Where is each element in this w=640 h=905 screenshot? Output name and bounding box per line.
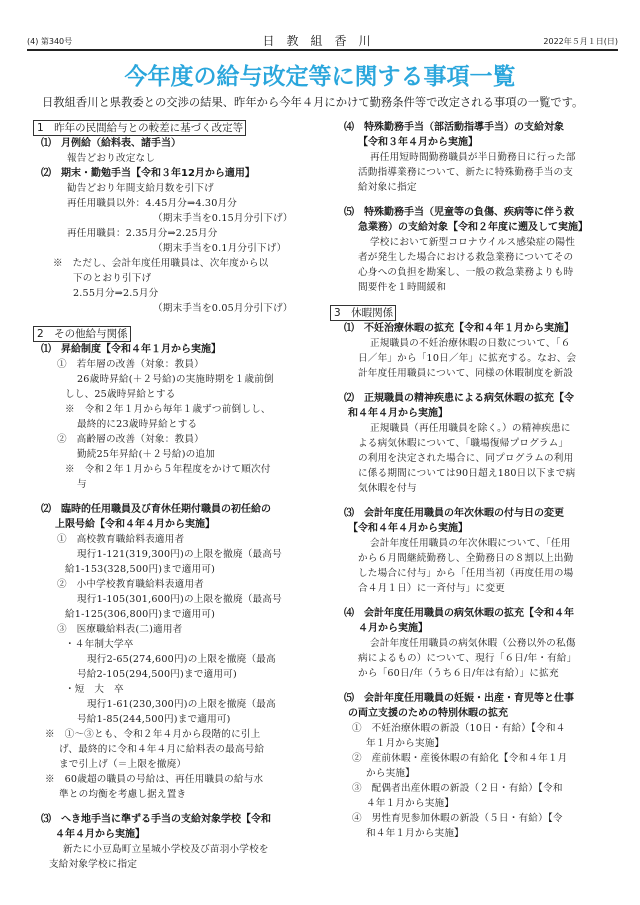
section-heading-3: 3 休暇関係 bbox=[330, 305, 396, 321]
item-text: ① 若年層の改善（対象：教員） bbox=[57, 357, 316, 372]
note-text: ※ 60歳超の職員の号給は、再任用職員の給与水 bbox=[45, 772, 316, 787]
item-text: 間要件を１時間緩和 bbox=[344, 280, 620, 295]
item-heading: 上限号給【令和４年４月から実施】 bbox=[41, 517, 316, 532]
note-text: 最終的に23歳時昇給とする bbox=[57, 417, 316, 432]
item-text: 給1-153(328,500円)まで適用可) bbox=[57, 562, 316, 577]
item-text: よる病気休暇について、「職場復帰プログラム」 bbox=[344, 436, 620, 451]
item-1-1: ⑴ 月例給（給料表、諸手当） 報告どおり改定なし bbox=[33, 136, 316, 166]
item-text: 現行1-121(319,300円)の上限を撤廃（最高号 bbox=[57, 547, 316, 562]
item-2-3: ⑶ へき地手当に準ずる手当の支給対象学校【令和 ４年４月から実施】 新たに小豆島… bbox=[33, 812, 316, 872]
item-text: 勤続25年昇給(＋２号給)の追加 bbox=[57, 447, 316, 462]
list-item: ４年１月から実施】 bbox=[352, 796, 620, 811]
item-3-1: ⑴ 不妊治療休暇の拡充【令和４年１月から実施】 正規職員の不妊治療休暇の日数につ… bbox=[330, 321, 620, 381]
page-header: (4) 第340号 日教組香川 2022年５月１日(日) bbox=[27, 34, 618, 51]
item-heading: 和４年４月から実施】 bbox=[344, 406, 620, 421]
note-text: 準との均衡を考慮し据え置き bbox=[45, 787, 316, 802]
item-text: 号給2-105(294,500円)まで適用可) bbox=[57, 667, 316, 682]
item-text: 日／年」から「10日／年」に拡充する。なお、会 bbox=[344, 351, 620, 366]
right-column: ⑷ 特殊勤務手当（部活動指導手当）の支給対象 【令和３年４月から実施】 再任用短… bbox=[330, 120, 620, 841]
item-text: 気休暇を付与 bbox=[344, 481, 620, 496]
item-text: 再任用短時間勤務職員が半日勤務日に行った部 bbox=[344, 150, 620, 165]
page-title: 今年度の給与改定等に関する事項一覧 bbox=[0, 58, 640, 91]
item-heading: ⑴ 月例給（給料表、諸手当） bbox=[41, 136, 316, 151]
publication-date: 2022年５月１日(日) bbox=[543, 36, 618, 47]
item-text: ・４年制大学卒 bbox=[57, 637, 316, 652]
note-text: げ、最終的に令和４年４月に給料表の最高号給 bbox=[45, 742, 316, 757]
item-text: 心身への負担を勘案し、一般の救急業務よりも時 bbox=[344, 265, 620, 280]
item-text: から６月間継続勤務し、全勤務日の８割以上出勤 bbox=[344, 551, 620, 566]
item-text: 新たに小豆島町立星城小学校及び苗羽小学校を bbox=[41, 842, 316, 857]
item-3-2: ⑵ 正規職員の精神疾患による病気休暇の拡充【令 和４年４月から実施】 正規職員（… bbox=[330, 391, 620, 496]
item-heading: ⑴ 不妊治療休暇の拡充【令和４年１月から実施】 bbox=[344, 321, 620, 336]
note-text: まで引上げ（＝上限を撤廃） bbox=[45, 757, 316, 772]
item-text: （期末手当を0.1月分引下げ） bbox=[67, 241, 316, 256]
item-text: ・短 大 卒 bbox=[57, 682, 316, 697]
section-heading-1: 1 昨年の民間給与との較差に基づく改定等 bbox=[33, 120, 246, 136]
item-heading: 【令和４年４月から実施】 bbox=[344, 521, 620, 536]
item-text: 給1-125(306,800円)まで適用可) bbox=[57, 607, 316, 622]
list-item: ③ 配偶者出産休暇の新設（２日・有給）【令和 bbox=[352, 781, 620, 796]
item-text: に係る期間については90日超え180日以下まで病 bbox=[344, 466, 620, 481]
item-heading: ⑵ 臨時的任用職員及び育休任期付職員の初任給の bbox=[41, 502, 316, 517]
item-2-5: ⑸ 特殊勤務手当（児童等の負傷、疾病等に伴う救 急業務）の支給対象【令和２年度に… bbox=[330, 205, 620, 295]
note-text: 下のとおり引下げ bbox=[53, 271, 316, 286]
item-heading: ４月から実施】 bbox=[344, 621, 620, 636]
item-text: 合４月１日）に一斉付与」に変更 bbox=[344, 581, 620, 596]
note-text: ※ 令和２年１月から毎年１歳ずつ前倒しし、 bbox=[57, 402, 316, 417]
left-column: 1 昨年の民間給与との較差に基づく改定等 ⑴ 月例給（給料表、諸手当） 報告どお… bbox=[33, 120, 316, 872]
item-heading: の両立支援のための特別休暇の拡充 bbox=[344, 706, 620, 721]
item-text: ② 高齢層の改善（対象：教員） bbox=[57, 432, 316, 447]
item-2-2: ⑵ 臨時的任用職員及び育休任期付職員の初任給の 上限号給【令和４年４月から実施】… bbox=[33, 502, 316, 802]
section-heading-2: 2 その他給与関係 bbox=[33, 326, 131, 342]
item-text: 会計年度任用職員の年次休暇について、「任用 bbox=[344, 536, 620, 551]
publication-name: 日教組香川 bbox=[27, 32, 618, 49]
item-heading: ⑵ 正規職員の精神疾患による病気休暇の拡充【令 bbox=[344, 391, 620, 406]
item-3-5: ⑸ 会計年度任用職員の妊娠・出産・育児等と仕事 の両立支援のための特別休暇の拡充… bbox=[330, 691, 620, 841]
item-text: 現行1-61(230,300円)の上限を撤廃（最高 bbox=[57, 697, 316, 712]
item-text: 学校において新型コロナウイルス感染症の陽性 bbox=[344, 235, 620, 250]
list-item: から実施】 bbox=[352, 766, 620, 781]
note-text: 与 bbox=[57, 477, 316, 492]
list-item: ① 不妊治療休暇の新設（10日・有給）【令和４ bbox=[352, 721, 620, 736]
item-text: 報告どおり改定なし bbox=[41, 151, 316, 166]
item-text: 正規職員の不妊治療休暇の日数について、「６ bbox=[344, 336, 620, 351]
list-item: 和４年１月から実施】 bbox=[352, 826, 620, 841]
item-heading: ⑸ 会計年度任用職員の妊娠・出産・育児等と仕事 bbox=[344, 691, 620, 706]
item-text: から「60日/年（うち６日/年は有給）」に拡充 bbox=[344, 666, 620, 681]
item-text: 活動指導業務について、新たに特殊勤務手当の支 bbox=[344, 165, 620, 180]
item-heading: ⑵ 期末・勤勉手当【令和３年12月から適用】 bbox=[41, 166, 316, 181]
item-heading: ⑴ 昇給制度【令和４年１月から実施】 bbox=[41, 342, 316, 357]
item-text: した場合に付与」から「任用当初（再度任用の場 bbox=[344, 566, 620, 581]
note-text: ※ ただし、会計年度任用職員は、次年度から以 bbox=[53, 256, 316, 271]
item-text: 給対象に指定 bbox=[344, 180, 620, 195]
item-text: 支給対象学校に指定 bbox=[41, 857, 316, 872]
note-text: ※ ①～③とも、令和２年４月から段階的に引上 bbox=[45, 727, 316, 742]
item-text: 者が発生した場合における救急業務についてその bbox=[344, 250, 620, 265]
item-text: 26歳時昇給(＋２号給)の実施時期を１歳前倒 bbox=[57, 372, 316, 387]
item-heading: ⑷ 特殊勤務手当（部活動指導手当）の支給対象 bbox=[344, 120, 620, 135]
item-text: ③ 医療職給料表(二)適用者 bbox=[57, 622, 316, 637]
item-heading: 【令和３年４月から実施】 bbox=[344, 135, 620, 150]
item-3-4: ⑷ 会計年度任用職員の病気休暇の拡充【令和４年 ４月から実施】 会計年度任用職員… bbox=[330, 606, 620, 681]
item-heading: ４年４月から実施】 bbox=[41, 827, 316, 842]
item-text: の利用を決定された場合に、同プログラムの利用 bbox=[344, 451, 620, 466]
item-text: 正規職員（再任用職員を除く。）の精神疾患に bbox=[344, 421, 620, 436]
item-text: ② 小中学校教育職給料表適用者 bbox=[57, 577, 316, 592]
item-text: （期末手当を0.15月分引下げ） bbox=[67, 211, 316, 226]
item-2-4: ⑷ 特殊勤務手当（部活動指導手当）の支給対象 【令和３年４月から実施】 再任用短… bbox=[330, 120, 620, 195]
note-text: 2.55月分⇒2.5月分 bbox=[53, 286, 316, 301]
item-text: 会計年度任用職員の病気休暇（公務以外の私傷 bbox=[344, 636, 620, 651]
item-1-2: ⑵ 期末・勤勉手当【令和３年12月から適用】 勧告どおり年間支給月数を引下げ 再… bbox=[33, 166, 316, 316]
intro-text: 日教組香川と県教委との交渉の結果、昨年から今年４月にかけて勤務条件等で改定される… bbox=[42, 94, 583, 110]
item-2-1: ⑴ 昇給制度【令和４年１月から実施】 ① 若年層の改善（対象：教員） 26歳時昇… bbox=[33, 342, 316, 492]
list-item: ④ 男性育児参加休暇の新設（５日・有給）【令 bbox=[352, 811, 620, 826]
note-text: ※ 令和２年１月から５年程度をかけて順次付 bbox=[57, 462, 316, 477]
item-heading: ⑷ 会計年度任用職員の病気休暇の拡充【令和４年 bbox=[344, 606, 620, 621]
item-text: 勧告どおり年間支給月数を引下げ bbox=[67, 181, 316, 196]
list-item: 年１月から実施】 bbox=[352, 736, 620, 751]
item-heading: 急業務）の支給対象【令和２年度に遡及して実施】 bbox=[344, 220, 620, 235]
item-text: 号給1-85(244,500円)まで適用可) bbox=[57, 712, 316, 727]
item-text: 再任用職員以外：4.45月分⇒4.30月分 bbox=[67, 196, 316, 211]
item-heading: ⑸ 特殊勤務手当（児童等の負傷、疾病等に伴う救 bbox=[344, 205, 620, 220]
item-text: 現行2-65(274,600円)の上限を撤廃（最高 bbox=[57, 652, 316, 667]
item-text: 計年度任用職員について、同様の休暇制度を新設 bbox=[344, 366, 620, 381]
item-text: 現行1-105(301,600円)の上限を撤廃（最高号 bbox=[57, 592, 316, 607]
list-item: ② 産前休暇・産後休暇の有給化【令和４年１月 bbox=[352, 751, 620, 766]
item-text: しし、25歳時昇給とする bbox=[57, 387, 316, 402]
item-heading: ⑶ へき地手当に準ずる手当の支給対象学校【令和 bbox=[41, 812, 316, 827]
item-heading: ⑶ 会計年度任用職員の年次休暇の付与日の変更 bbox=[344, 506, 620, 521]
item-text: ① 高校教育職給料表適用者 bbox=[57, 532, 316, 547]
item-text: 再任用職員：2.35月分⇒2.25月分 bbox=[67, 226, 316, 241]
item-3-3: ⑶ 会計年度任用職員の年次休暇の付与日の変更 【令和４年４月から実施】 会計年度… bbox=[330, 506, 620, 596]
item-text: 病によるもの）について、現行「６日/年・有給」 bbox=[344, 651, 620, 666]
note-text: （期末手当を0.05月分引下げ） bbox=[53, 301, 316, 316]
